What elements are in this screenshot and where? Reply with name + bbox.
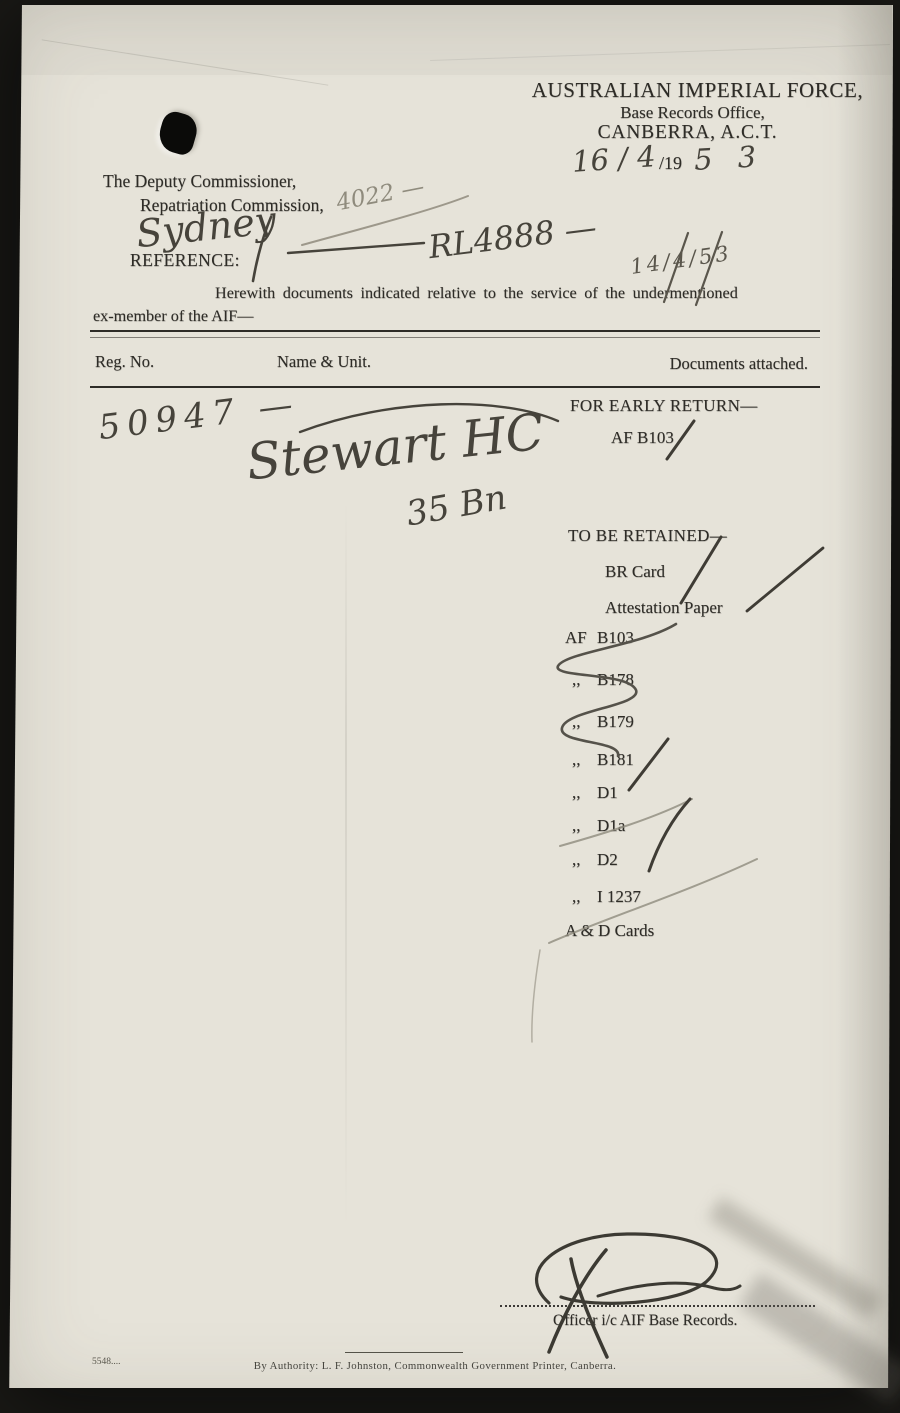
reference-label: REFERENCE: xyxy=(130,250,240,271)
handwritten-unit: 35 Bn xyxy=(403,478,509,535)
rule-heavy xyxy=(90,330,820,338)
form-list-row: ,,D1 xyxy=(572,783,618,803)
handwritten-file-number: 4022 — xyxy=(334,174,426,216)
form-list-row: ,,D1a xyxy=(572,816,625,836)
header-org: AUSTRALIAN IMPERIAL FORCE, xyxy=(500,78,895,103)
form-label: B181 xyxy=(597,750,634,769)
addressee-line-1: The Deputy Commissioner, xyxy=(103,171,296,192)
form-label: B178 xyxy=(597,670,634,689)
reference-dash-stroke xyxy=(288,243,424,253)
retained-item-br-card: BR Card xyxy=(605,562,665,582)
form-prefix: AF xyxy=(565,628,597,648)
signature-caption: Officer i/c AIF Base Records. xyxy=(553,1312,737,1330)
form-label: D1 xyxy=(597,783,618,802)
form-label: B179 xyxy=(597,712,634,731)
cards-item: A & D Cards xyxy=(565,921,654,941)
handwritten-reference-value: RL4888 — xyxy=(426,208,598,266)
d2-tick-stroke xyxy=(649,799,690,871)
intro-line-2: ex-member of the AIF— xyxy=(93,307,253,326)
form-label: D1a xyxy=(597,816,625,835)
br-card-tick-stroke xyxy=(681,537,721,603)
d1-tick-stroke xyxy=(629,739,668,790)
form-prefix: ,, xyxy=(572,670,597,690)
header-date-year-prefix: /19 xyxy=(659,153,682,174)
column-header-reg-no: Reg. No. xyxy=(95,352,154,372)
form-prefix: ,, xyxy=(572,712,597,732)
form-label: D2 xyxy=(597,850,618,869)
handwritten-reference-date: 14/4/53 xyxy=(629,241,733,279)
scan-border-top xyxy=(0,0,900,5)
signature-descender-stroke xyxy=(549,1250,606,1352)
early-return-heading: FOR EARLY RETURN— xyxy=(570,396,758,416)
header-date-year: 5 3 xyxy=(693,139,765,177)
header-office: Base Records Office, xyxy=(500,103,885,123)
scan-border-left xyxy=(0,0,22,1413)
paper-shading-top xyxy=(0,5,900,75)
retained-heading: TO BE RETAINED— xyxy=(568,526,727,546)
crease-vertical xyxy=(345,500,347,1230)
signature-descender-stroke xyxy=(571,1259,607,1357)
scan-border-bottom xyxy=(0,1388,900,1413)
footer-authority-line: By Authority: L. F. Johnston, Commonweal… xyxy=(200,1360,670,1372)
retained-item-attestation: Attestation Paper xyxy=(605,598,723,618)
form-prefix: ,, xyxy=(572,783,597,803)
form-label: I 1237 xyxy=(597,887,641,906)
form-prefix: ,, xyxy=(572,750,597,770)
intro-line-1: Herewith documents indicated relative to… xyxy=(215,284,738,303)
form-list-row: ,,D2 xyxy=(572,850,618,870)
form-prefix: ,, xyxy=(572,816,597,836)
form-label: B103 xyxy=(597,628,634,647)
footer-print-number: 5548.... xyxy=(92,1357,121,1367)
form-list-row: ,,B181 xyxy=(572,750,634,770)
form-prefix: ,, xyxy=(572,887,597,907)
form-list-row: ,,I 1237 xyxy=(572,887,641,907)
attestation-tick-stroke xyxy=(747,548,823,611)
header-date-day-month: 16 / 4 xyxy=(571,139,657,179)
arc-tail-stroke xyxy=(532,950,540,1042)
column-header-name-unit: Name & Unit. xyxy=(277,352,371,372)
form-list-row: AFB103 xyxy=(565,628,634,648)
signature-tail-stroke xyxy=(598,1283,740,1296)
paper-shadow-right xyxy=(837,0,892,1413)
scanned-document-page: AUSTRALIAN IMPERIAL FORCE, Base Records … xyxy=(0,0,900,1413)
form-list-row: ,,B179 xyxy=(572,712,634,732)
footer-rule xyxy=(345,1352,463,1353)
header-city: CANBERRA, A.C.T. xyxy=(500,122,875,144)
form-prefix: ,, xyxy=(572,850,597,870)
rule-under-headers xyxy=(90,386,820,388)
form-list-row: ,,B178 xyxy=(572,670,634,690)
signature-loop-stroke xyxy=(537,1234,717,1303)
early-return-item: AF B103 xyxy=(611,428,674,448)
punched-hole xyxy=(155,109,201,157)
column-header-documents-attached: Documents attached. xyxy=(600,354,808,374)
